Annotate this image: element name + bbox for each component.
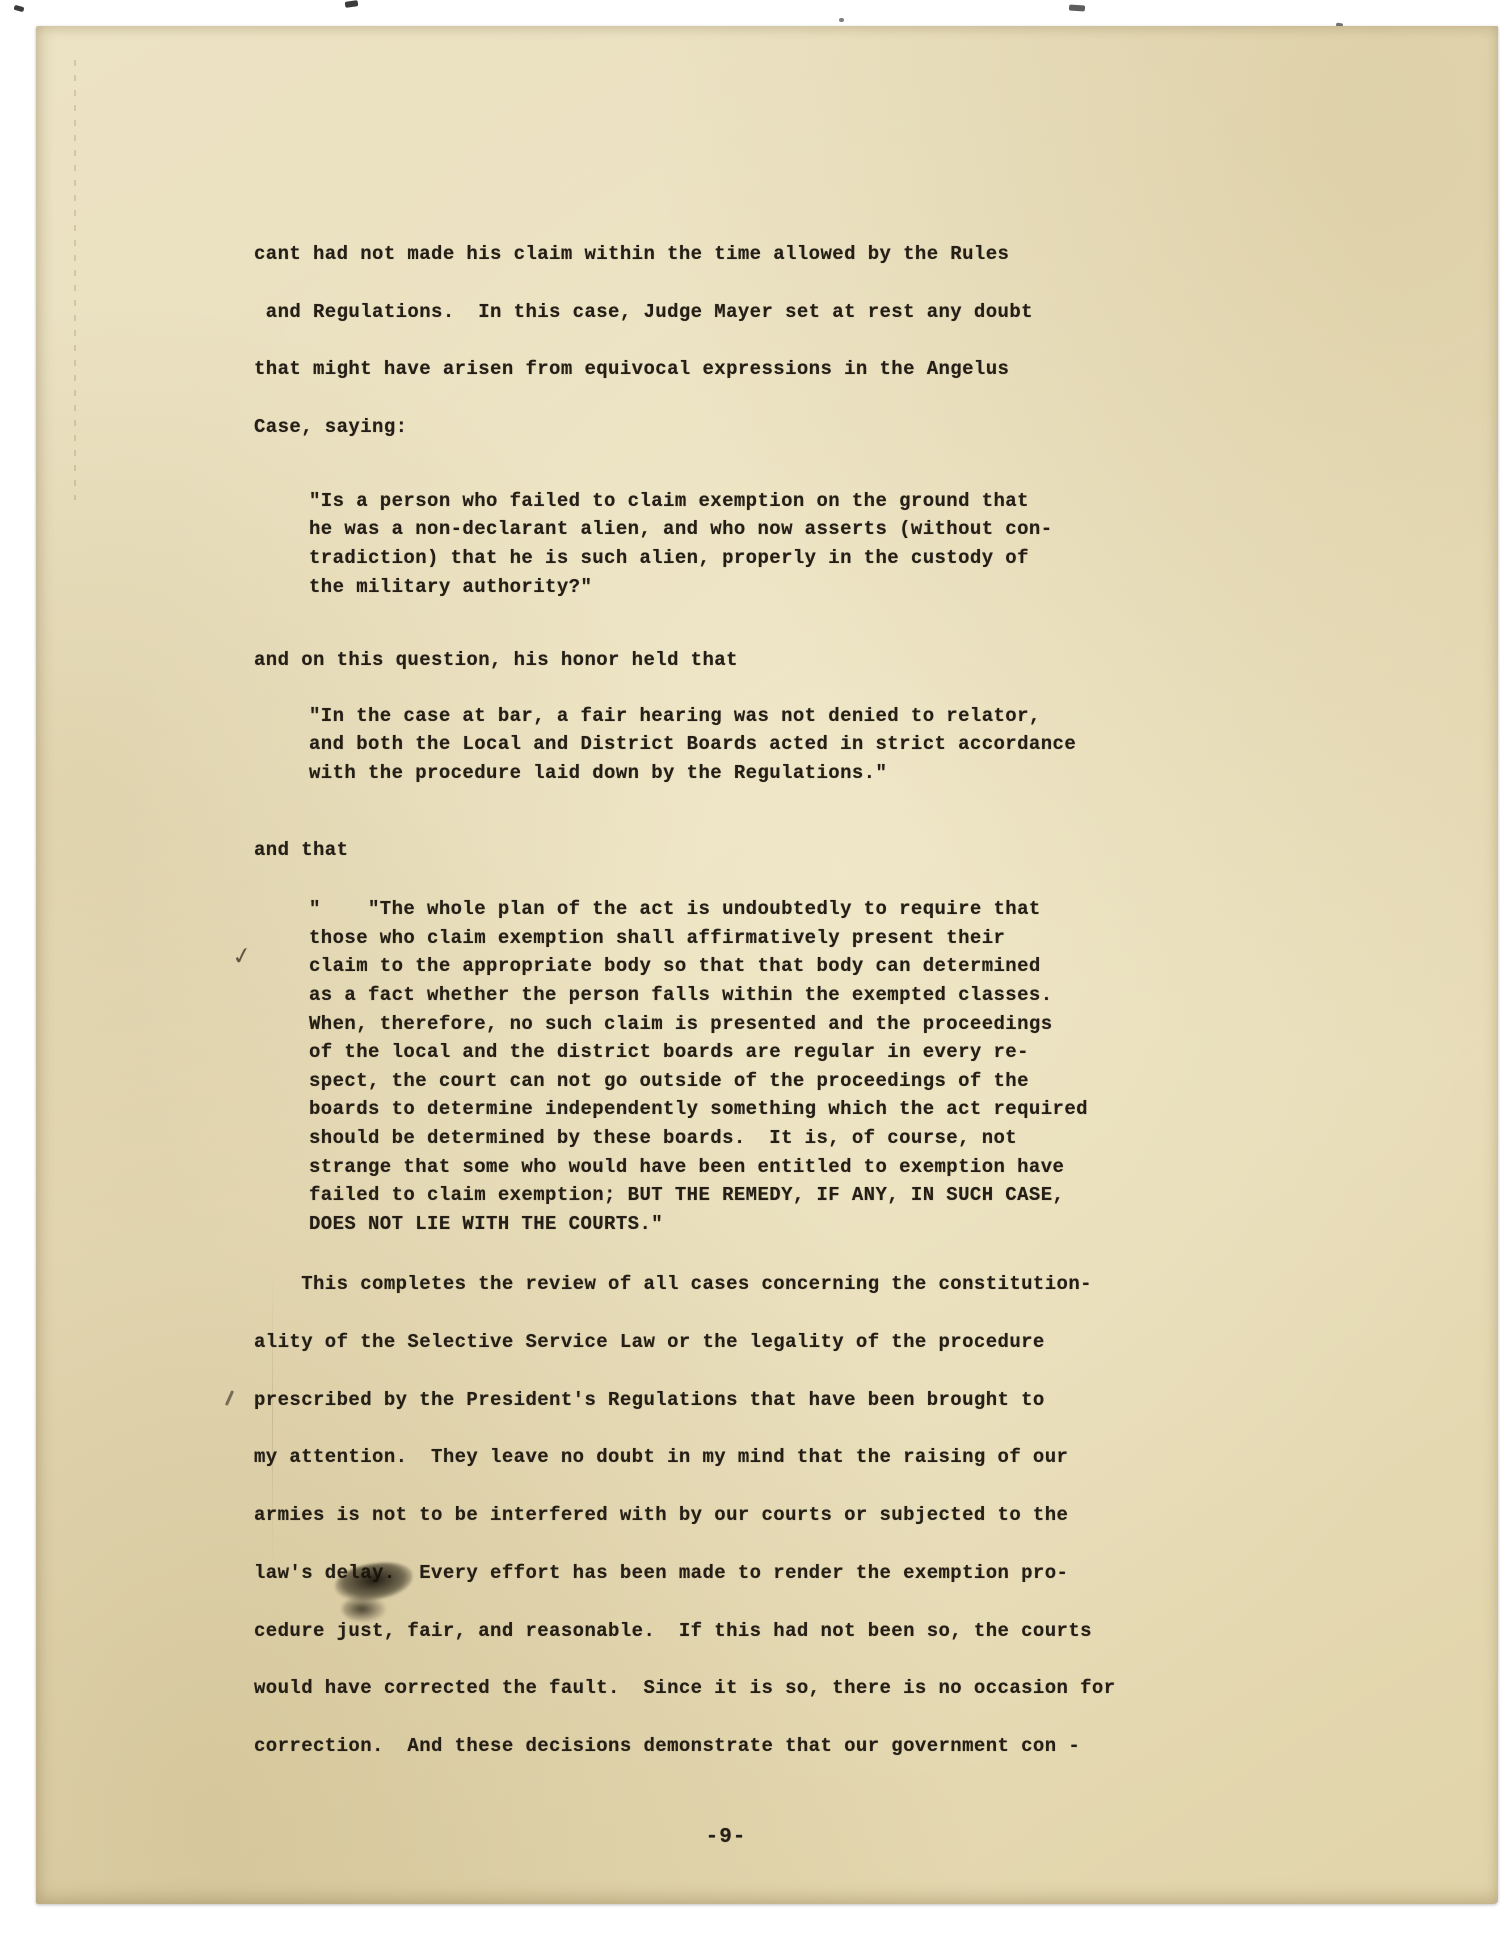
text-line: my attention. They leave no doubt in my … [254, 1429, 1214, 1487]
text-line: "Is a person who failed to claim exempti… [309, 487, 1214, 516]
scan-edge-speck [345, 0, 359, 8]
quotation-holding: "In the case at bar, a fair hearing was … [309, 702, 1214, 788]
paragraph-continuation: cant had not made his claim within the t… [254, 226, 1214, 457]
text-line: and that [254, 822, 1214, 880]
text-line: the military authority?" [309, 573, 1214, 602]
text-line: of the local and the district boards are… [309, 1038, 1214, 1067]
text-line: " "The whole plan of the act is undoubte… [309, 895, 1214, 924]
text-line: and both the Local and District Boards a… [309, 730, 1214, 759]
text-line: armies is not to be interfered with by o… [254, 1487, 1214, 1545]
text-line: those who claim exemption shall affirmat… [309, 924, 1214, 953]
text-line: Case, saying: [254, 399, 1214, 457]
quotation-whole-plan: " "The whole plan of the act is undoubte… [309, 895, 1214, 1238]
page-content: cant had not made his claim within the t… [254, 226, 1214, 1776]
paper-crease [74, 60, 76, 500]
ink-smudge [342, 1596, 386, 1622]
connector-text: and that [254, 822, 1214, 880]
quotation-question: "Is a person who failed to claim exempti… [309, 487, 1214, 601]
text-line: "In the case at bar, a fair hearing was … [309, 702, 1214, 731]
text-line: correction. And these decisions demonstr… [254, 1718, 1214, 1776]
paragraph-closing: This completes the review of all cases c… [254, 1256, 1214, 1775]
scan-background: cant had not made his claim within the t… [0, 0, 1500, 1944]
scan-edge-speck [839, 18, 844, 22]
text-line: as a fact whether the person falls withi… [309, 981, 1214, 1010]
text-line: with the procedure laid down by the Regu… [309, 759, 1214, 788]
scan-edge-speck [1069, 4, 1085, 11]
text-line: should be determined by these boards. It… [309, 1124, 1214, 1153]
text-line: he was a non-declarant alien, and who no… [309, 515, 1214, 544]
scan-edge-speck [14, 5, 25, 12]
connector-text: and on this question, his honor held tha… [254, 632, 1214, 690]
text-line: claim to the appropriate body so that th… [309, 952, 1214, 981]
text-line: DOES NOT LIE WITH THE COURTS." [309, 1210, 1214, 1239]
page-number: -9- [646, 1826, 806, 1849]
text-line: boards to determine independently someth… [309, 1095, 1214, 1124]
text-line: and Regulations. In this case, Judge May… [254, 284, 1214, 342]
margin-checkmark: ✓ [230, 940, 255, 971]
text-line: that might have arisen from equivocal ex… [254, 341, 1214, 399]
text-line: When, therefore, no such claim is presen… [309, 1010, 1214, 1039]
text-line: spect, the court can not go outside of t… [309, 1067, 1214, 1096]
text-line: cedure just, fair, and reasonable. If th… [254, 1603, 1214, 1661]
text-line: tradiction) that he is such alien, prope… [309, 544, 1214, 573]
text-line: cant had not made his claim within the t… [254, 226, 1214, 284]
text-line: failed to claim exemption; BUT THE REMED… [309, 1181, 1214, 1210]
text-line: strange that some who would have been en… [309, 1153, 1214, 1182]
document-page: cant had not made his claim within the t… [36, 26, 1498, 1904]
text-line: and on this question, his honor held tha… [254, 632, 1214, 690]
text-line: would have corrected the fault. Since it… [254, 1660, 1214, 1718]
margin-tick [225, 1390, 234, 1406]
text-line: ality of the Selective Service Law or th… [254, 1314, 1214, 1372]
text-line: This completes the review of all cases c… [254, 1256, 1214, 1314]
text-line: prescribed by the President's Regulation… [254, 1372, 1214, 1430]
